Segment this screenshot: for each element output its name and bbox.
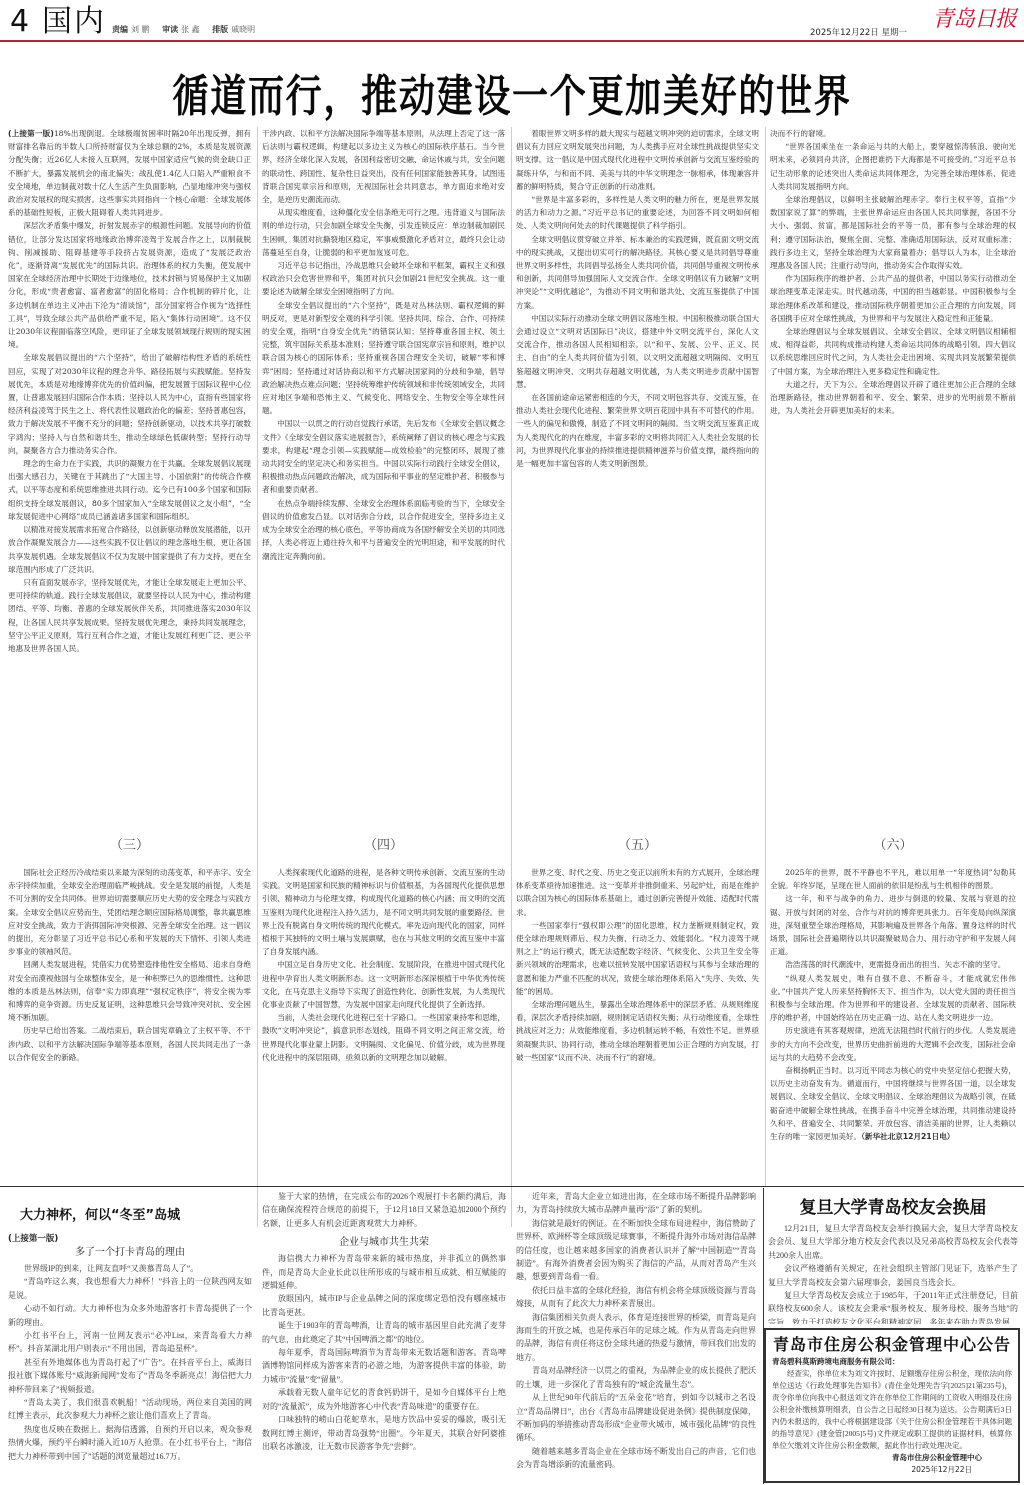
story-column-1: 多了一个打卡青岛的理由 世界级IP的到来，让网友直呼“又羡慕青岛人了”。 “青岛…	[8, 1244, 252, 1484]
continued-label: (上接第一版)	[8, 1232, 58, 1244]
masthead-rule	[0, 40, 1024, 42]
paragraph: 海信集团相关负责人表示，体育是连接世界的桥梁，而青岛是向海而生的开放之城，也是传…	[516, 1311, 756, 1365]
notice-title: 青岛市住房公积金管理中心公告	[772, 1334, 1012, 1356]
paragraph: 历史演进有其客观规律，逆流无法阻挡时代前行的步伐。人类发展进步的大方向不会改变，…	[770, 1024, 1016, 1064]
paragraph: 决而不行的窘境。	[770, 127, 1016, 140]
credit-name: 张 鑫	[181, 25, 200, 34]
paragraph: 小红书平台上，河南一位网友表示“必冲List，来青岛看大力神杯”。抖音某湖北用户…	[8, 1329, 252, 1356]
paragraph: 鉴于大家的热情，在完成公布的2026个观展打卡名额约满后，海信在确保流程符合规范…	[262, 1190, 506, 1230]
story-column-2: 鉴于大家的热情，在完成公布的2026个观展打卡名额约满后，海信在确保流程符合规范…	[262, 1190, 506, 1484]
credit-role: 审读	[162, 25, 178, 34]
notice-body: 经查实，你单位未为刘文许按时、足额缴存住房公积金，现依法向你单位送达《行政处理事…	[772, 1368, 1012, 1452]
paragraph: 作为国际秩序的维护者、公共产品的提供者，中国以务实行动推动全球治理变革走深走实。…	[770, 272, 1016, 325]
section-marker-4: （四）	[262, 826, 505, 866]
public-notice-box: 青岛市住房公积金管理中心公告 青岛碧科莫斯跨境电商服务有限公司： 经查实，你单位…	[764, 1328, 1020, 1483]
paragraph: 全球文明倡议贯穿破立并举、标本兼治的实践逻辑，既直面文明交流中的现实挑战，又提出…	[516, 233, 759, 312]
column-divider	[511, 127, 512, 1227]
paragraph: 全球治理倡议与全球发展倡议、全球安全倡议、全球文明倡议相辅相成、相得益彰，共同构…	[770, 325, 1016, 378]
paragraph: 理念的生命力在于实践，共识的凝聚力在于共赢。全球发展倡议展现出强大感召力，关键在…	[8, 457, 251, 523]
credit-name: 刘 鹏	[131, 25, 150, 34]
paragraph: 一些国家奉行“强权即公理”的固化思维，权力垄断规则制定权，致使全球治理规则滞后、…	[516, 919, 759, 998]
paragraph: “世界是丰富多彩的，多样性是人类文明的魅力所在，更是世界发展的活力和动力之源。”…	[516, 193, 759, 233]
credit-role: 责编	[112, 25, 128, 34]
paragraph: 青岛对品牌经济一以贯之的重视，为品牌企业的成长提供了肥沃的土壤，进一步深化了青岛…	[516, 1364, 756, 1391]
story-subhead: 企业与城市共生共荣	[262, 1234, 506, 1252]
notice-date: 2025年12月22日	[772, 1464, 1012, 1476]
paragraph: 历史早已给出答案。二战结束后，联合国宪章确立了主权平等、不干涉内政、以和平方法解…	[8, 1024, 251, 1064]
notice-signature: 青岛市住房公积金管理中心	[772, 1452, 1012, 1464]
paragraph: 大道之行，天下为公。全球治理倡议开辟了通往更加公正合理的全球治理新路径，推动世界…	[770, 378, 1016, 418]
paragraph: 在热点争端持续发酵、全球安全治理体系面临考验的当下，全球安全倡议的价值愈发凸显。…	[262, 497, 505, 563]
paragraph: 深层次矛盾集中爆发，折射发展赤字的根源性问题。发展导向的价值错位，让部分发达国家…	[8, 219, 251, 351]
paragraph: 会议严格遵循有关规定，在社会组织主管部门见证下，选举产生了复旦大学青岛校友会第六…	[768, 1262, 1018, 1289]
paragraph: 2025年的世界，既不平静也不平凡，难以用单一“年度热词”勾勒其全貌。年终岁尾，…	[770, 866, 1016, 892]
article-column-4b: （六） 2025年的世界，既不平静也不平凡，难以用单一“年度热词”勾勒其全貌。年…	[770, 826, 1016, 1186]
story-headline: 大力神杯，何以“冬至”岛城	[20, 1204, 180, 1223]
paragraph: 着眼世界文明多样的最大现实与超越文明冲突的迫切需求，全球文明倡议有力回应文明发展…	[516, 127, 759, 193]
dateline-source: （新华社北京12月21日电）	[861, 1132, 954, 1141]
paragraph: 全球治理倡议，以鲜明主张破解治理赤字。奉行主权平等，直指“少数国家说了算”的弊端…	[770, 193, 1016, 272]
section-marker-5: （五）	[516, 826, 759, 866]
paragraph: 12月21日，复旦大学青岛校友会举行换届大会，复旦大学青岛校友会会员、复旦大学部…	[768, 1222, 1018, 1262]
paragraph: 放眼国内，城市IP与企业品牌之间的深度绑定恐怕没有哪座城市比青岛更甚。	[262, 1292, 506, 1319]
paragraph: 依托日益丰富的全球化经验，海信有机会将全球顶级资源与青岛嫁接，从而有了此次大力神…	[516, 1284, 756, 1311]
column-divider	[765, 127, 766, 1187]
paragraph: 在各国前途命运紧密相连的今天，不同文明包容共存、交流互鉴，在推动人类社会现代化进…	[516, 391, 759, 470]
section-marker-6: （六）	[770, 826, 1016, 866]
paragraph: 中国以一以贯之的行动自觉践行承诺，先后发布《全球安全倡议概念文件》《全球安全倡议…	[262, 417, 505, 496]
paragraph: 心动不如行动。大力神杯也为众多外地游客打卡青岛提供了一个新的理由。	[8, 1302, 252, 1329]
paragraph: 以精准对接发展需求拓宽合作路径，以创新驱动释放发展潜能，以开放合作凝聚发展合力—…	[8, 523, 251, 576]
paragraph: 国际社会正经历冷战结束以来最为深刻的动荡变革，和平赤字、安全赤字持续加重，全球安…	[8, 866, 251, 958]
section-name: 国内	[42, 6, 106, 38]
paragraph: 近年来，青岛大企业立如进出海，在全球市场不断提升品牌影响力，为青岛持续放大城市品…	[516, 1190, 756, 1217]
paragraph: “纵观人类发展史，唯有自强不息、不断奋斗，才能成就宏伟伟业。”中国共产党人历来坚…	[770, 972, 1016, 1025]
story-headline: 复旦大学青岛校友会换届	[768, 1193, 1018, 1218]
paragraph: 海信携大力神杯为青岛带来新的城市热度，并非孤立的偶然事件，而是青岛大企业长此以往…	[262, 1252, 506, 1292]
page-masthead: 4 国内 责编刘 鹏 审读张 鑫 排版戚晓明 2025年12月22日 星期一 青…	[0, 0, 1024, 42]
story-subhead: 多了一个打卡青岛的理由	[8, 1244, 252, 1262]
paragraph: 从上世纪90年代前后的“五朵金花”培育，到如今以城市之名设立“青岛品牌日”，出台…	[516, 1391, 756, 1445]
paragraph: 浩浩荡荡的时代潮流中，更需挺身而出的担当、矢志不渝的坚守。	[770, 958, 1016, 971]
section-divider	[0, 1186, 1024, 1187]
paragraph: 人类探索现代化道路的进程，是各种文明传承创新、交流互鉴的生动实践。文明是国家和民…	[262, 866, 505, 958]
section-marker-3: （三）	[8, 826, 251, 866]
paragraph: 从现实维度看，这种僵化安全信条绝无可行之理。违背道义与国际法则的单边行动，只会加…	[262, 206, 505, 259]
paragraph: 中国以实际行动推动全球文明倡议落地生根。中国积极推动联合国大会通过设立“文明对话…	[516, 312, 759, 391]
article-column-3b: （五） 世界之变、时代之变、历史之变正以前所未有的方式展开，全球治理体系变革亟待…	[516, 826, 759, 1234]
page-number: 4	[10, 6, 29, 38]
paragraph: 只有直面发展赤字，坚持发展优先，才能让全球发展走上更加公平、更可持续的轨道。践行…	[8, 576, 251, 655]
paragraph: 海信就是最好的例证。在不断加快全球布局进程中，海信赞助了世界杯、欧洲杯等全球顶级…	[516, 1217, 756, 1284]
article-column-1b: （三） 国际社会正经历冷战结束以来最为深刻的动荡变革，和平赤字、安全赤字持续加重…	[8, 826, 251, 1234]
paragraph: 习近平总书记指出，冷战思维只会破坏全球和平框架，霸权主义和强权政治只会危害世界和…	[262, 259, 505, 299]
article-column-2b: （四） 人类探索现代化道路的进程，是各种文明传承创新、交流互鉴的生动实践。文明是…	[262, 826, 505, 1234]
paragraph: 热度也反映在数据上。据海信透露，自预约开启以来，观众参观热情火爆，预约平台瞬时涌…	[8, 1423, 252, 1463]
credit-name: 戚晓明	[231, 25, 255, 34]
paragraph: 世界级IP的到来，让网友直呼“又羡慕青岛人了”。	[8, 1262, 252, 1275]
paragraph: 奋楫扬帆正当时。以习近平同志为核心的党中央坚定信心把握大势，以历史主动奋发有为。…	[770, 1066, 1016, 1141]
credit-role: 排版	[212, 25, 228, 34]
continued-label: (上接第一版)	[8, 129, 54, 138]
paragraph: 18%出现倒退。全球极端贫困率时隔20年出现反弹，拥有财富排名靠后的半数人口所持…	[8, 129, 251, 217]
paragraph: 诞生于1903年的青岛啤酒，让青岛的城市基因里自此充满了麦芽的气息，由此奠定了其…	[262, 1319, 506, 1346]
paragraph: 承载着无数人童年记忆的青食钙奶饼干，是如今自媒体平台上绝对的“流量派”，成为外地…	[262, 1386, 506, 1413]
column-divider	[257, 127, 258, 1227]
paragraph: 世界之变、时代之变、历史之变正以前所未有的方式展开，全球治理体系变革亟待加速推进…	[516, 866, 759, 919]
paragraph: 中国立足自身历史文化、社会制度、发展阶段，在推进中国式现代化进程中孕育出人类文明…	[262, 958, 505, 1011]
editorial-credits: 责编刘 鹏 审读张 鑫 排版戚晓明	[112, 24, 265, 35]
story-fudan-body: 12月21日，复旦大学青岛校友会举行换届大会，复旦大学青岛校友会会员、复旦大学部…	[768, 1222, 1018, 1324]
paragraph: 全球发展倡议提出的“六个坚持”，给出了破解结构性矛盾的系统性回应，实现了对203…	[8, 351, 251, 457]
newspaper-logo: 青岛日报	[932, 2, 1016, 33]
issue-date: 2025年12月22日 星期一	[810, 26, 907, 38]
article-column-1: (上接第一版)18%出现倒退。全球极端贫困率时隔20年出现反弹，拥有财富排名靠后…	[8, 127, 251, 827]
paragraph: 口味独特的崂山白花蛇草水，是地方饮品中妥妥的爆款，吸引无数网红博主测评，带动青岛…	[262, 1413, 506, 1453]
paragraph: “世界各国乘坐在一条命运与共的大船上，要穿越惊涛骇浪、驶向光明未来，必须同舟共济…	[770, 140, 1016, 193]
article-column-3: 着眼世界文明多样的最大现实与超越文明冲突的迫切需求，全球文明倡议有力回应文明发展…	[516, 127, 759, 827]
story-column-3: 近年来，青岛大企业立如进出海，在全球市场不断提升品牌影响力，为青岛持续放大城市品…	[516, 1190, 756, 1484]
notice-addressee: 青岛碧科莫斯跨境电商服务有限公司：	[772, 1356, 1012, 1368]
paragraph: 甚至有外地媒体也为青岛打起了“广告”。在抖音平台上，威海日报社旗下媒体账号“威海…	[8, 1356, 252, 1396]
paragraph: 干涉内政、以和平方法解决国际争端等基本原则，从法理上否定了这一落后法则与霸权逻辑…	[262, 127, 505, 206]
paragraph: 这一年，和平与战争的角力、进步与倒退的较量、发展与衰退的拉锯、开放与封闭的对垒、…	[770, 892, 1016, 958]
main-headline: 循道而行，推动建设一个更加美好的世界	[92, 70, 932, 124]
article-column-4: 决而不行的窘境。 “世界各国乘坐在一条命运与共的大船上，要穿越惊涛骇浪、驶向光明…	[770, 127, 1016, 827]
paragraph: 全球安全倡议提出的“六个坚持”，既是对丛林法则、霸权逻辑的鲜明反对，更是对新型安…	[262, 299, 505, 418]
paragraph: 随着越来越多青岛企业在全球市场不断发出自己的声音，它们也会为青岛增添新的流量密码…	[516, 1445, 756, 1472]
paragraph: 复旦大学青岛校友会成立于1985年，于2011年正式注册登记，目前联络校友600…	[768, 1289, 1018, 1324]
article-column-2: 干涉内政、以和平方法解决国际争端等基本原则，从法理上否定了这一落后法则与霸权逻辑…	[262, 127, 505, 827]
paragraph: 每年夏季，青岛国际啤酒节为青岛带来无数话题和游客。青岛啤酒博物馆同样成为游客来青…	[262, 1346, 506, 1386]
paragraph: 回溯人类发展进程，凭借实力优势塑造排他性安全格局、追求自身绝对安全而漠视他国与全…	[8, 958, 251, 1024]
paragraph: “青岛咋这么爽，我也想看大力神杯！”抖音上的一位陕西网友如是说。	[8, 1275, 252, 1302]
paragraph: “青岛太美了，我们很喜欢帆船！”活动现场，两位来自美国的网红博主表示，此次参观大…	[8, 1396, 252, 1423]
paragraph: 全球治理问题丛生，暴露出全球治理体系中的深层矛盾。从规则维度看，深层次矛盾持续加…	[516, 998, 759, 1064]
paragraph: 当前，人类社会现代化进程已至十字路口。一些国家秉持零和思维，鼓吹“文明冲突论”，…	[262, 1011, 505, 1064]
